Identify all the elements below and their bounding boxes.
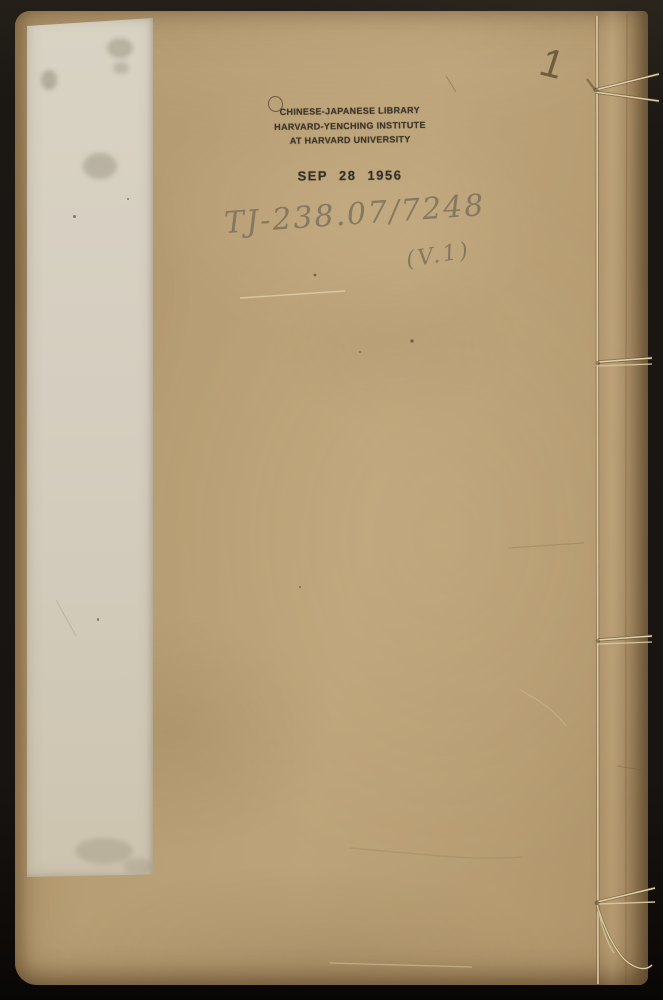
label-smudge	[107, 38, 133, 58]
date-stamp: SEP 28 1956	[250, 167, 450, 184]
fore-edge-shading	[598, 11, 648, 985]
stamp-line-3: AT HARVARD UNIVERSITY	[240, 131, 460, 149]
label-smudge	[113, 62, 129, 74]
label-speck	[127, 198, 129, 200]
label-smudge	[75, 838, 133, 864]
library-stamp: CHINESE-JAPANESE LIBRARY HARVARD-YENCHIN…	[240, 102, 461, 149]
spine-label	[27, 18, 153, 877]
label-smudge	[41, 70, 57, 90]
book-cover	[15, 11, 648, 985]
label-smudge	[83, 153, 117, 179]
label-speck	[73, 215, 76, 218]
photo-of-book-cover: CHINESE-JAPANESE LIBRARY HARVARD-YENCHIN…	[0, 0, 663, 1000]
label-speck	[97, 618, 99, 621]
label-smudge	[123, 858, 153, 874]
